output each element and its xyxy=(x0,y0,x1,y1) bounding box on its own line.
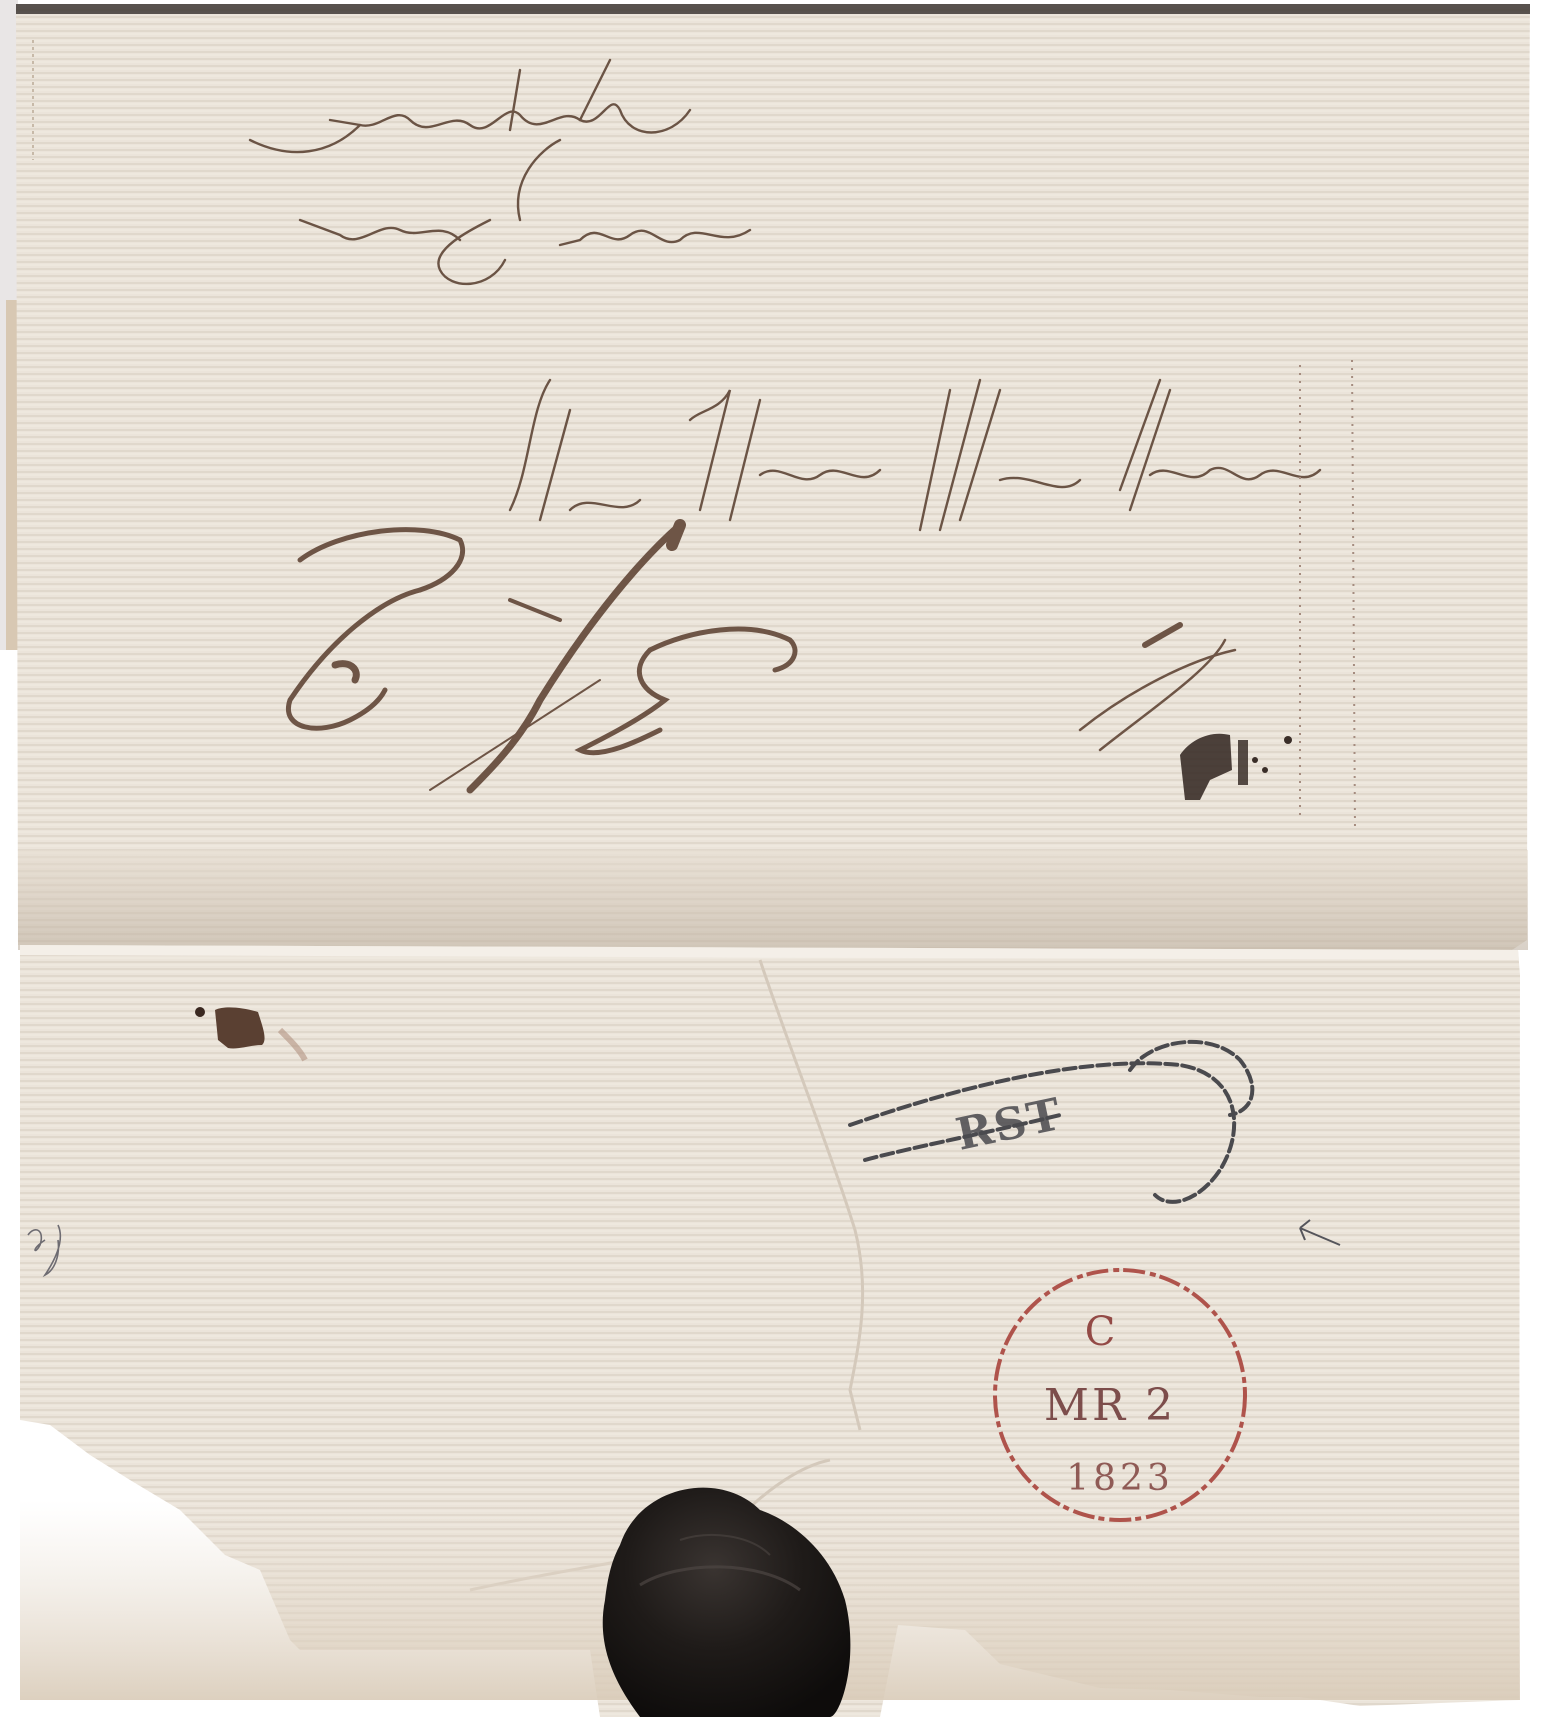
scanned-letter: RST C MR 2 1823 xyxy=(0,0,1554,1717)
date-stamp-line-1: C xyxy=(1085,1309,1116,1355)
date-stamp-line-2: MR 2 xyxy=(1044,1380,1176,1431)
date-stamp-line-3: 1823 xyxy=(1066,1458,1174,1499)
